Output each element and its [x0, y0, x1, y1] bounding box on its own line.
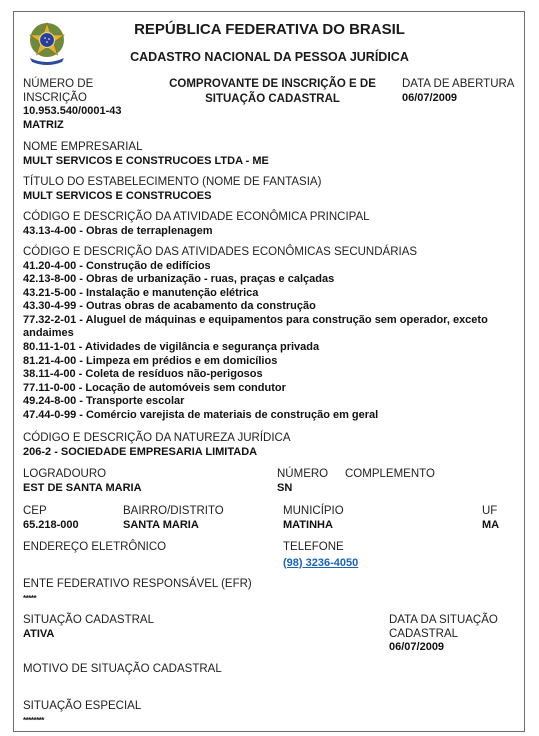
legal-nature-block: CÓDIGO E DESCRIÇÃO DA NATUREZA JURÍDICA … — [23, 432, 291, 459]
registration-type-value: MATRIZ — [23, 119, 121, 133]
legal-nature-label: CÓDIGO E DESCRIÇÃO DA NATUREZA JURÍDICA — [23, 432, 291, 446]
district-block: BAIRRO/DISTRITO SANTA MARIA — [123, 505, 224, 532]
number-value: SN — [277, 482, 328, 496]
status-block: SITUAÇÃO CADASTRAL ATIVA — [23, 614, 154, 641]
main-activity-label: CÓDIGO E DESCRIÇÃO DA ATIVIDADE ECONÔMIC… — [23, 211, 370, 225]
secondary-activity-item: 38.11-4-00 - Coleta de resíduos não-peri… — [23, 368, 488, 382]
secondary-activity-item: 41.20-4-00 - Construção de edifícios — [23, 260, 488, 274]
state-value: MA — [482, 519, 499, 533]
special-status-block: SITUAÇÃO ESPECIAL ******** — [23, 700, 141, 727]
email-block: ENDEREÇO ELETRÔNICO — [23, 541, 166, 555]
zip-block: CEP 65.218-000 — [23, 505, 79, 532]
district-value: SANTA MARIA — [123, 519, 224, 533]
secondary-activity-item: 77.11-0-00 - Locação de automóveis sem c… — [23, 382, 488, 396]
document-title-line-2: SITUAÇÃO CADASTRAL — [160, 92, 385, 107]
header-title: REPÚBLICA FEDERATIVA DO BRASIL — [0, 21, 539, 38]
status-reason-label: MOTIVO DE SITUAÇÃO CADASTRAL — [23, 663, 222, 677]
status-reason-block: MOTIVO DE SITUAÇÃO CADASTRAL — [23, 663, 222, 677]
company-name-block: NOME EMPRESARIAL MULT SERVICOS E CONSTRU… — [23, 141, 269, 168]
city-block: MUNICÍPIO MATINHA — [283, 505, 344, 532]
street-label: LOGRADOURO — [23, 468, 142, 482]
secondary-activity-item: 42.13-8-00 - Obras de urbanização - ruas… — [23, 273, 488, 287]
number-block: NÚMERO SN — [277, 468, 328, 495]
opening-date-label: DATA DE ABERTURA — [402, 78, 514, 92]
special-status-value: ******** — [23, 714, 141, 728]
state-block: UF MA — [482, 505, 499, 532]
zip-label: CEP — [23, 505, 79, 519]
secondary-activity-item: 49.24-8-00 - Transporte escolar — [23, 395, 488, 409]
secondary-activity-item: 43.30-4-99 - Outras obras de acabamento … — [23, 300, 488, 314]
efr-value: ***** — [23, 592, 252, 606]
secondary-activity-item: 77.32-2-01 - Aluguel de máquinas e equip… — [23, 314, 488, 328]
status-date-label-2: CADASTRAL — [389, 628, 498, 642]
phone-link[interactable]: (98) 3236-4050 — [283, 557, 358, 569]
phone-label: TELEFONE — [283, 541, 358, 555]
status-date-value: 06/07/2009 — [389, 641, 498, 655]
opening-date-block: DATA DE ABERTURA 06/07/2009 — [402, 78, 514, 105]
complement-block: COMPLEMENTO — [345, 468, 435, 482]
complement-label: COMPLEMENTO — [345, 468, 435, 482]
status-date-label-1: DATA DA SITUAÇÃO — [389, 614, 498, 628]
trade-name-value: MULT SERVICOS E CONSTRUCOES — [23, 190, 321, 204]
document-title-line-1: COMPROVANTE DE INSCRIÇÃO E DE — [160, 77, 385, 92]
main-activity-block: CÓDIGO E DESCRIÇÃO DA ATIVIDADE ECONÔMIC… — [23, 211, 370, 238]
registration-number-label-2: INSCRIÇÃO — [23, 92, 121, 106]
company-name-value: MULT SERVICOS E CONSTRUCOES LTDA - ME — [23, 155, 269, 169]
opening-date-value: 06/07/2009 — [402, 92, 514, 106]
header-subtitle: CADASTRO NACIONAL DA PESSOA JURÍDICA — [0, 50, 539, 64]
registration-number-value: 10.953.540/0001-43 — [23, 105, 121, 119]
document-title: COMPROVANTE DE INSCRIÇÃO E DE SITUAÇÃO C… — [160, 77, 385, 107]
secondary-activity-item: 43.21-5-00 - Instalação e manutenção elé… — [23, 287, 488, 301]
secondary-activity-item: 80.11-1-01 - Atividades de vigilância e … — [23, 341, 488, 355]
secondary-activity-item: 81.21-4-00 - Limpeza em prédios e em dom… — [23, 355, 488, 369]
registration-number-block: NÚMERO DE INSCRIÇÃO 10.953.540/0001-43 M… — [23, 78, 121, 132]
street-block: LOGRADOURO EST DE SANTA MARIA — [23, 468, 142, 495]
special-status-label: SITUAÇÃO ESPECIAL — [23, 700, 141, 714]
city-label: MUNICÍPIO — [283, 505, 344, 519]
email-label: ENDEREÇO ELETRÔNICO — [23, 541, 166, 555]
status-value: ATIVA — [23, 628, 154, 642]
legal-nature-value: 206-2 - SOCIEDADE EMPRESARIA LIMITADA — [23, 446, 291, 460]
street-value: EST DE SANTA MARIA — [23, 482, 142, 496]
state-label: UF — [482, 505, 499, 519]
trade-name-label: TÍTULO DO ESTABELECIMENTO (NOME DE FANTA… — [23, 176, 321, 190]
phone-block: TELEFONE (98) 3236-4050 — [283, 541, 358, 570]
trade-name-block: TÍTULO DO ESTABELECIMENTO (NOME DE FANTA… — [23, 176, 321, 203]
zip-value: 65.218-000 — [23, 519, 79, 533]
district-label: BAIRRO/DISTRITO — [123, 505, 224, 519]
status-label: SITUAÇÃO CADASTRAL — [23, 614, 154, 628]
status-date-block: DATA DA SITUAÇÃO CADASTRAL 06/07/2009 — [389, 614, 498, 655]
registration-number-label-1: NÚMERO DE — [23, 78, 121, 92]
secondary-activities-block: CÓDIGO E DESCRIÇÃO DAS ATIVIDADES ECONÔM… — [23, 246, 488, 423]
efr-label: ENTE FEDERATIVO RESPONSÁVEL (EFR) — [23, 578, 252, 592]
secondary-activity-item: andaimes — [23, 327, 488, 341]
number-label: NÚMERO — [277, 468, 328, 482]
secondary-activities-label: CÓDIGO E DESCRIÇÃO DAS ATIVIDADES ECONÔM… — [23, 246, 488, 260]
main-activity-value: 43.13-4-00 - Obras de terraplenagem — [23, 225, 370, 239]
secondary-activity-item: 47.44-0-99 - Comércio varejista de mater… — [23, 409, 488, 423]
company-name-label: NOME EMPRESARIAL — [23, 141, 269, 155]
city-value: MATINHA — [283, 519, 344, 533]
efr-block: ENTE FEDERATIVO RESPONSÁVEL (EFR) ***** — [23, 578, 252, 605]
